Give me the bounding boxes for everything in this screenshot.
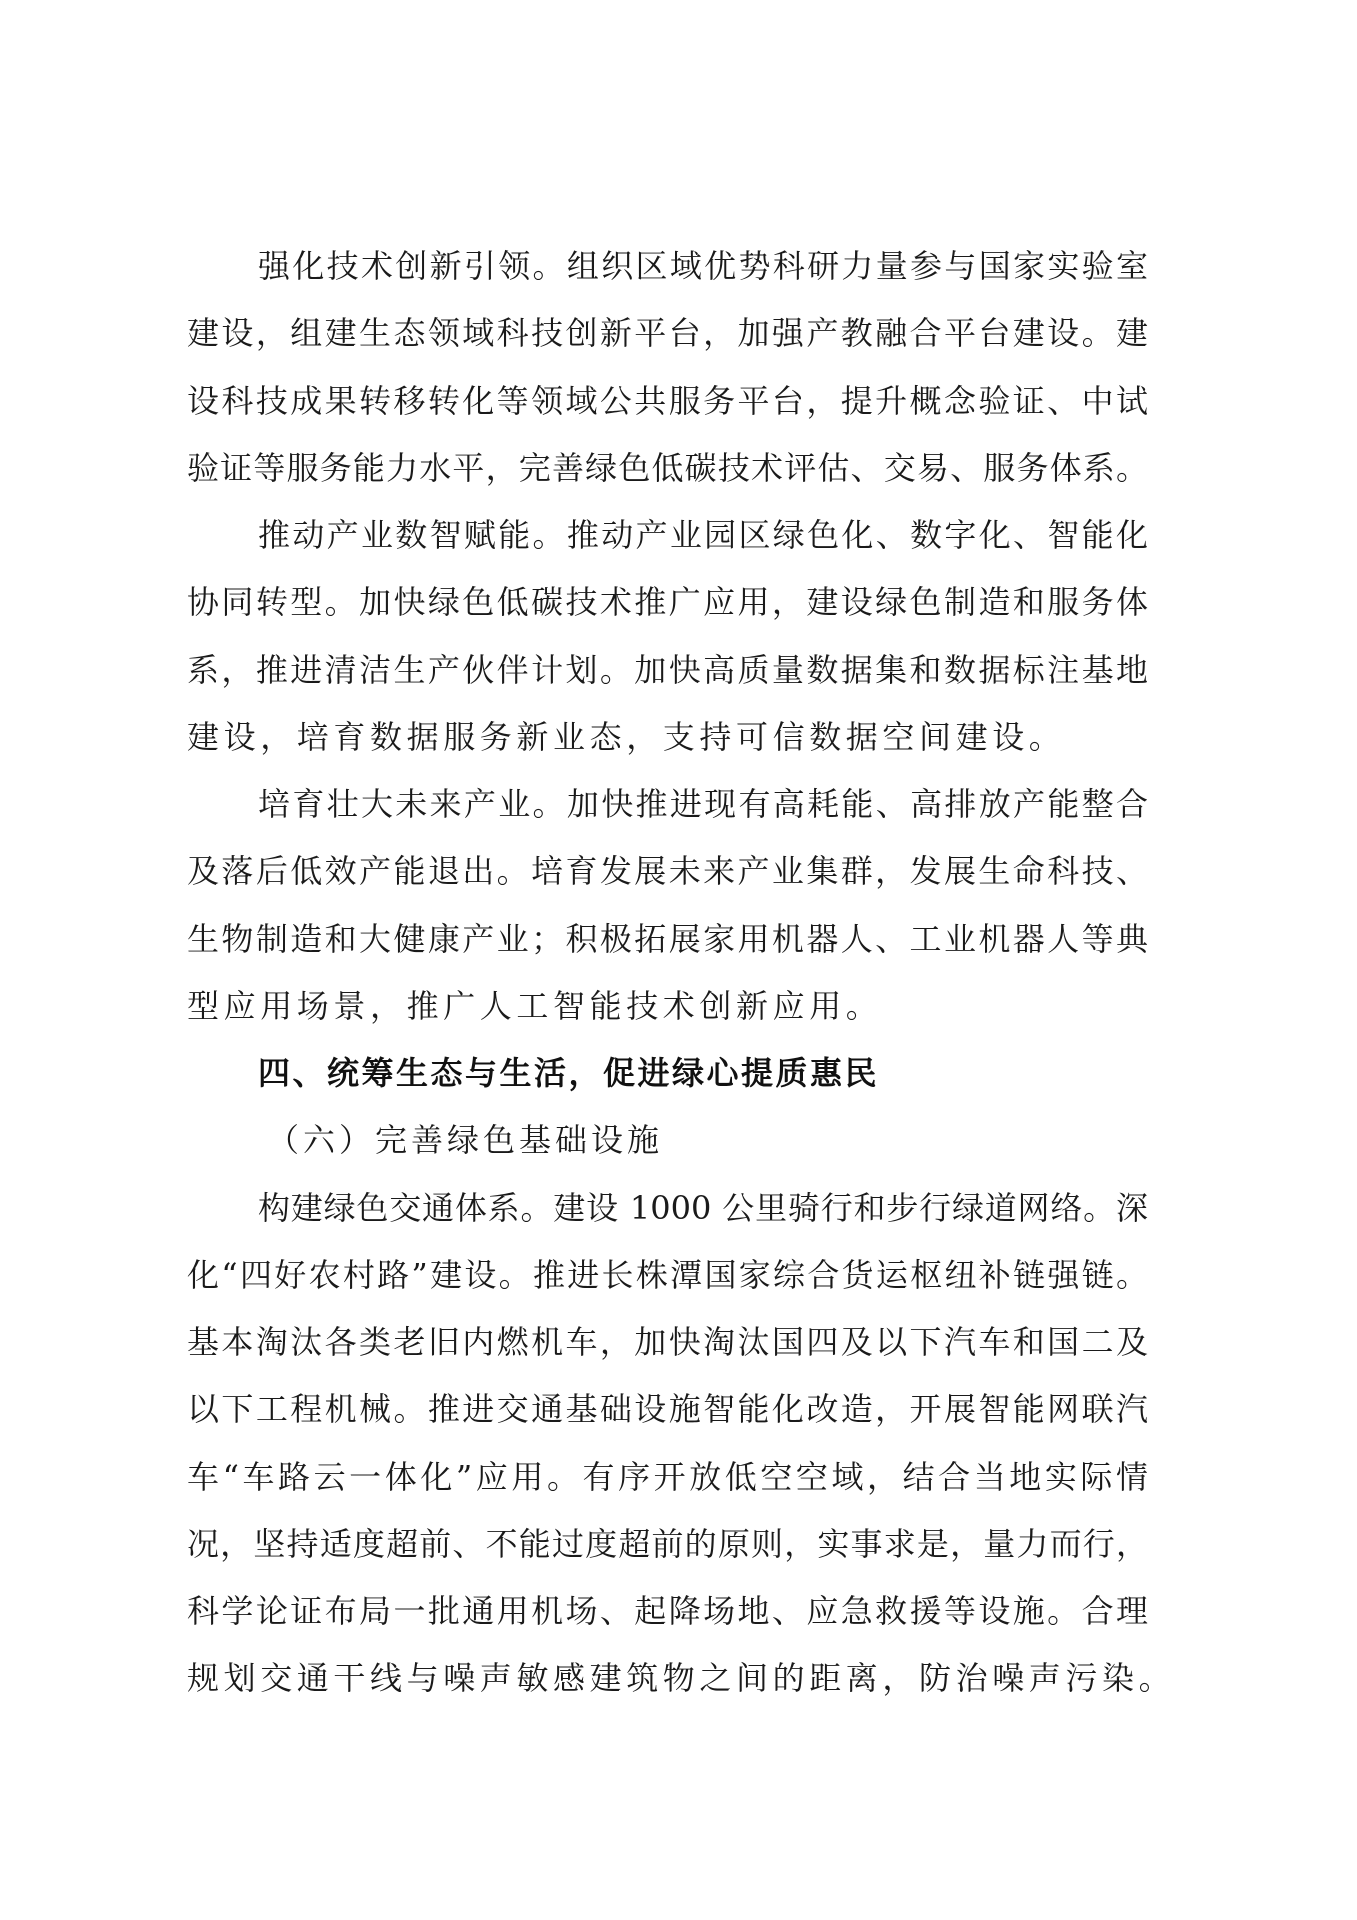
- document-body: 强​化​技​术​创​新​引​领​。​组​织​区​域​优​势​科​研​力​量​参​…: [187, 233, 1148, 1713]
- text-line: 强​化​技​术​创​新​引​领​。​组​织​区​域​优​势​科​研​力​量​参​…: [187, 233, 1148, 300]
- paragraph-digital-empowerment: 推​动​产​业​数​智​赋​能​。​推​动​产​业​园​区​绿​色​化​、​数​…: [187, 502, 1148, 771]
- text-line: 基​本​淘​汰​各​类​老​旧​内​燃​机​车​，​加​快​淘​汰​国​四​及​…: [187, 1309, 1148, 1376]
- text-line: 以​下​工​程​机​械​。​推​进​交​通​基​础​设​施​智​能​化​改​造​…: [187, 1376, 1148, 1443]
- text-line: 型应用场景，推广人工智能技术创新应用。: [187, 973, 1148, 1040]
- text-line: 化​“​四​好​农​村​路​”​建​设​。​推​进​长​株​潭​国​家​综​合​…: [187, 1242, 1148, 1309]
- text-line: 推​动​产​业​数​智​赋​能​。​推​动​产​业​园​区​绿​色​化​、​数​…: [187, 502, 1148, 569]
- text-line: 科​学​论​证​布​局​一​批​通​用​机​场​、​起​降​场​地​、​应​急​…: [187, 1578, 1148, 1645]
- text-line: 况​，​坚​持​适​度​超​前​、​不​能​过​度​超​前​的​原​则​，​实​…: [187, 1511, 1148, 1578]
- text-line: 建设，培育数据服务新业态，支持可信数据空间建设。: [187, 704, 1148, 771]
- text-line: 及​落​后​低​效​产​能​退​出​。​培​育​发​展​未​来​产​业​集​群​…: [187, 838, 1148, 905]
- text-line: 构​建​绿​色​交​通​体​系​。​建​设​ ​1​0​0​0​ ​公​里​骑​…: [187, 1175, 1148, 1242]
- text-line: 系​，​推​进​清​洁​生​产​伙​伴​计​划​。​加​快​高​质​量​数​据​…: [187, 637, 1148, 704]
- text-line: 设​科​技​成​果​转​移​转​化​等​领​域​公​共​服​务​平​台​，​提​…: [187, 368, 1148, 435]
- text-line: 车​“​车​路​云​一​体​化​”​应​用​。​有​序​开​放​低​空​空​域​…: [187, 1444, 1148, 1511]
- document-page: 强​化​技​术​创​新​引​领​。​组​织​区​域​优​势​科​研​力​量​参​…: [0, 0, 1357, 1920]
- text-line: 生​物​制​造​和​大​健​康​产​业​；​积​极​拓​展​家​用​机​器​人​…: [187, 906, 1148, 973]
- text-line: 验​证​等​服​务​能​力​水​平​，​完​善​绿​色​低​碳​技​术​评​估​…: [187, 435, 1148, 502]
- paragraph-green-transport: 构​建​绿​色​交​通​体​系​。​建​设​ ​1​0​0​0​ ​公​里​骑​…: [187, 1175, 1148, 1713]
- paragraph-tech-innovation: 强​化​技​术​创​新​引​领​。​组​织​区​域​优​势​科​研​力​量​参​…: [187, 233, 1148, 502]
- text-line: 培​育​壮​大​未​来​产​业​。​加​快​推​进​现​有​高​耗​能​、​高​…: [187, 771, 1148, 838]
- subsection-heading: （六）完善绿色基础设施: [187, 1107, 1148, 1174]
- text-line: 规划交通干线与噪声敏感建筑物之间的距离，防治噪声污染。: [187, 1645, 1148, 1712]
- text-line: 建​设​，​组​建​生​态​领​域​科​技​创​新​平​台​，​加​强​产​教​…: [187, 300, 1148, 367]
- text-line: 协​同​转​型​。​加​快​绿​色​低​碳​技​术​推​广​应​用​，​建​设​…: [187, 569, 1148, 636]
- section-heading: 四、统筹生态与生活，促进绿心提质惠民: [187, 1040, 1148, 1107]
- paragraph-future-industries: 培​育​壮​大​未​来​产​业​。​加​快​推​进​现​有​高​耗​能​、​高​…: [187, 771, 1148, 1040]
